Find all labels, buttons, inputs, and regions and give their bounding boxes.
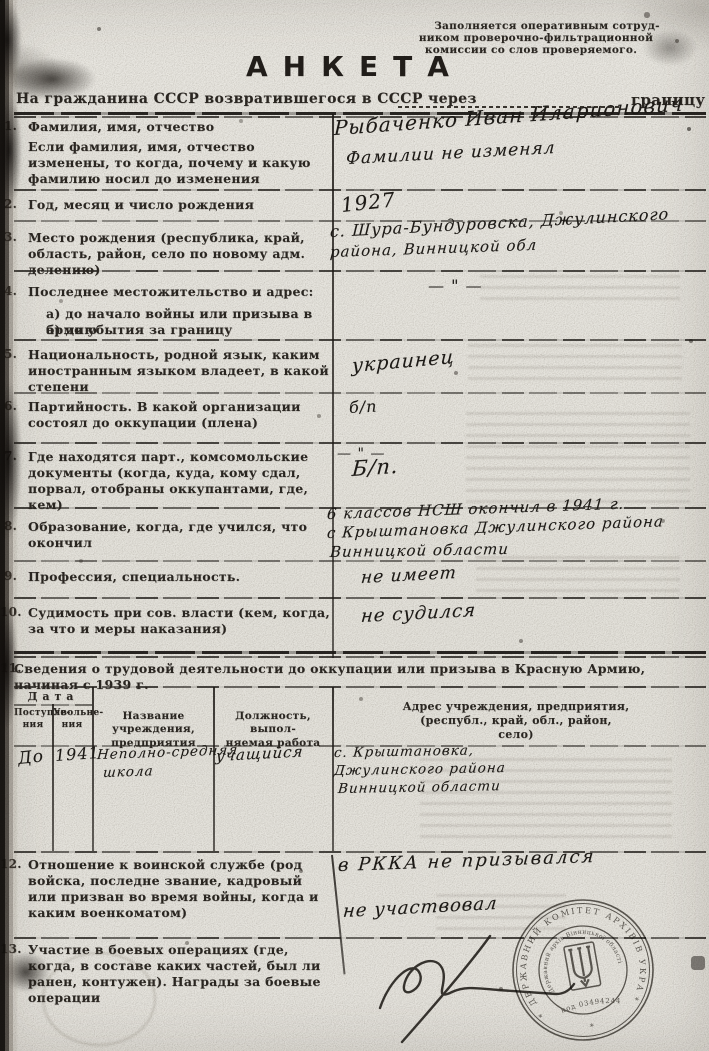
- bleedthrough-text: [480, 275, 680, 303]
- handwritten-answer: Б/п.: [351, 454, 399, 481]
- archive-round-stamp: ДЕРЖАВНИЙ КОМІТЕТ АРХІВІВ УКРАЇНИ Держав…: [508, 895, 658, 1045]
- item-8-label: Образование, когда, где учился, что окон…: [28, 519, 332, 551]
- item-7-label: Где находятся парт., комсомольские докум…: [28, 449, 332, 513]
- handwritten-answer: не имеет: [360, 563, 458, 588]
- handwritten-cell: До: [17, 746, 45, 769]
- table-header-address: Адрес учреждения, предприятия, (республ.…: [336, 700, 696, 742]
- handwritten-cell: Джулинского района: [333, 760, 506, 779]
- item-11-title: Сведения о трудовой деятельности до окку…: [14, 661, 702, 693]
- handwritten-answer: б/п: [349, 397, 378, 417]
- handwritten-answer: не судился: [360, 600, 477, 627]
- item-4-label: Последнее местожительство и адрес:: [28, 284, 328, 300]
- handwritten-cell: с. Крыштановка,: [333, 743, 475, 761]
- item-3-label: Место рождения (республика, край, област…: [28, 230, 332, 278]
- table-header-dismissed: Увольне- ния: [53, 708, 91, 731]
- trident-icon: [568, 946, 596, 987]
- item-9-label: Профессия, специальность.: [28, 569, 328, 585]
- separator-line: [14, 656, 706, 658]
- handwritten-answer: района, Винницкой обл: [329, 236, 537, 261]
- bleedthrough-text: [466, 412, 690, 508]
- handwritten-ditto-mark: — " —: [428, 276, 483, 295]
- item-12-label: Отношение к воинской службе (род войска,…: [28, 857, 332, 921]
- separator-line: [14, 442, 706, 444]
- handwritten-cell: учащийся: [215, 742, 304, 765]
- separator-line: [14, 651, 706, 654]
- stamp-code-text: код 03494244: [559, 993, 623, 1016]
- stamp-star: *: [634, 996, 640, 1006]
- stamp-star: *: [538, 1013, 544, 1023]
- scanned-questionnaire-page: Заполняется оперативным сотруд- ником пр…: [0, 0, 709, 1051]
- page-title: АНКЕТА: [246, 50, 464, 83]
- handwritten-answer: украинец: [351, 346, 455, 377]
- table-header-hired: Поступле- ния: [14, 708, 52, 731]
- handwritten-answer: Фамилии не изменял: [345, 138, 555, 169]
- item-1-sublabel: Если фамилия, имя, отчество изменены, то…: [28, 139, 332, 187]
- item-5-label: Национальность, родной язык, каким иност…: [28, 347, 332, 395]
- handwritten-cell: школа: [102, 763, 154, 781]
- handwritten-cell: Винницкой области: [337, 778, 501, 797]
- ghost-stamp: [42, 952, 156, 1046]
- separator-line: [14, 339, 706, 341]
- item-2-label: Год, месяц и число рождения: [28, 197, 328, 213]
- stamp-star: *: [589, 1022, 595, 1032]
- item-4-sub-b: б) до убытия за границу: [46, 322, 336, 338]
- ink-smudge: [640, 28, 700, 68]
- item-6-label: Партийность. В какой организации состоял…: [28, 399, 332, 431]
- bleedthrough-text: [468, 344, 682, 380]
- item-10-label: Судимость при сов. власти (кем, когда, з…: [28, 605, 332, 637]
- handwritten-answer: Винницкой области: [329, 540, 510, 561]
- answer-column-divider: [332, 114, 334, 658]
- handwritten-answer: 1927: [340, 187, 397, 217]
- bleedthrough-text: [476, 556, 680, 600]
- binding-blotch: [0, 380, 22, 540]
- handwritten-cell: 1941: [54, 743, 100, 765]
- table-header-date-group: Дата: [16, 690, 90, 704]
- separator-line: [14, 597, 706, 599]
- separator-line: [14, 851, 706, 853]
- item-1-label: Фамилия, имя, отчество: [28, 119, 328, 135]
